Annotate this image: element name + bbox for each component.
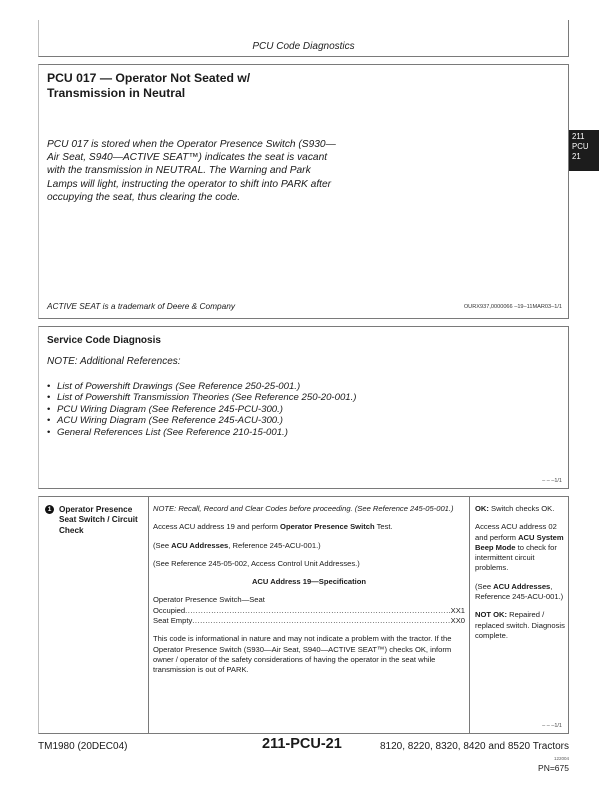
service-code-diagnosis-section: Service Code Diagnosis NOTE: Additional …: [38, 326, 569, 489]
section-heading: Service Code Diagnosis: [47, 335, 161, 346]
spec-row: Seat EmptyXX0: [153, 616, 465, 626]
reference-item[interactable]: General References List (See Reference 2…: [47, 427, 357, 438]
reference-item[interactable]: List of Powershift Drawings (See Referen…: [47, 381, 357, 392]
code-title-line-2: Transmission in Neutral: [47, 86, 185, 100]
spec-subtitle: Operator Presence Switch—Seat: [153, 595, 465, 605]
tractor-models: 8120, 8220, 8320, 8420 and 8520 Tractors: [380, 741, 569, 752]
procedure-see-reference[interactable]: (See Reference 245-05-002, Access Contro…: [153, 559, 465, 569]
references-note: NOTE: Additional References:: [47, 356, 181, 367]
tab-line-3: 21: [572, 152, 599, 162]
step-number-icon: 1: [45, 505, 54, 514]
diagnostic-step-table: 1 Operator Presence Seat Switch / Circui…: [38, 496, 569, 734]
code-description-section: PCU 017 — Operator Not Seated w/ Transmi…: [38, 64, 569, 319]
page-marker: – – –1/1: [542, 478, 562, 484]
result-column: OK: Switch checks OK. Access ACU address…: [470, 497, 568, 733]
reference-item[interactable]: PCU Wiring Diagram (See Reference 245-PC…: [47, 404, 357, 415]
section-tab: 211 PCU 21: [569, 130, 599, 171]
reference-list: List of Powershift Drawings (See Referen…: [47, 381, 357, 438]
code-description: PCU 017 is stored when the Operator Pres…: [47, 138, 342, 204]
procedure-access: Access ACU address 19 and perform Operat…: [153, 522, 465, 532]
step-column: 1 Operator Presence Seat Switch / Circui…: [39, 497, 149, 733]
spec-title: ACU Address 19—Specification: [153, 577, 465, 587]
ok-see-addresses[interactable]: (See ACU Addresses, Reference 245-ACU-00…: [475, 582, 567, 603]
procedure-column: NOTE: Recall, Record and Clear Codes bef…: [149, 497, 470, 733]
document-reference: OURX937,0000066 –19–11MAR03–1/1: [464, 304, 562, 310]
tab-line-1: 211: [572, 132, 599, 142]
not-ok-result: NOT OK: Repaired / replaced switch. Diag…: [475, 610, 567, 641]
trademark-note: ACTIVE SEAT is a trademark of Deere & Co…: [47, 301, 235, 311]
manual-id: TM1980 (20DEC04): [38, 741, 127, 752]
code-title: PCU 017 — Operator Not Seated w/ Transmi…: [47, 71, 347, 101]
reference-item[interactable]: ACU Wiring Diagram (See Reference 245-AC…: [47, 415, 357, 426]
procedure-note: NOTE: Recall, Record and Clear Codes bef…: [153, 504, 465, 514]
pn-number: PN=675: [538, 763, 569, 773]
page-marker: – – –1/1: [542, 723, 562, 729]
tab-line-2: PCU: [572, 142, 599, 152]
print-code: 122004: [554, 756, 569, 761]
page-number: 211-PCU-21: [262, 736, 342, 752]
step-label: 1 Operator Presence Seat Switch / Circui…: [45, 505, 148, 536]
spec-row: OccupiedXX1: [153, 606, 465, 616]
procedure-info: This code is informational in nature and…: [153, 634, 465, 675]
ok-result: OK: Switch checks OK.: [475, 504, 567, 514]
header-title: PCU Code Diagnostics: [39, 41, 568, 52]
page-header: PCU Code Diagnostics: [38, 20, 569, 57]
code-title-line-1: PCU 017 — Operator Not Seated w/: [47, 71, 250, 85]
procedure-see-addresses[interactable]: (See ACU Addresses, Reference 245-ACU-00…: [153, 541, 465, 551]
specification-block: ACU Address 19—Specification Operator Pr…: [153, 577, 465, 626]
ok-next-step: Access ACU address 02 and perform ACU Sy…: [475, 522, 567, 573]
step-title: Operator Presence Seat Switch / Circuit …: [59, 505, 148, 536]
reference-item[interactable]: List of Powershift Transmission Theories…: [47, 392, 357, 403]
